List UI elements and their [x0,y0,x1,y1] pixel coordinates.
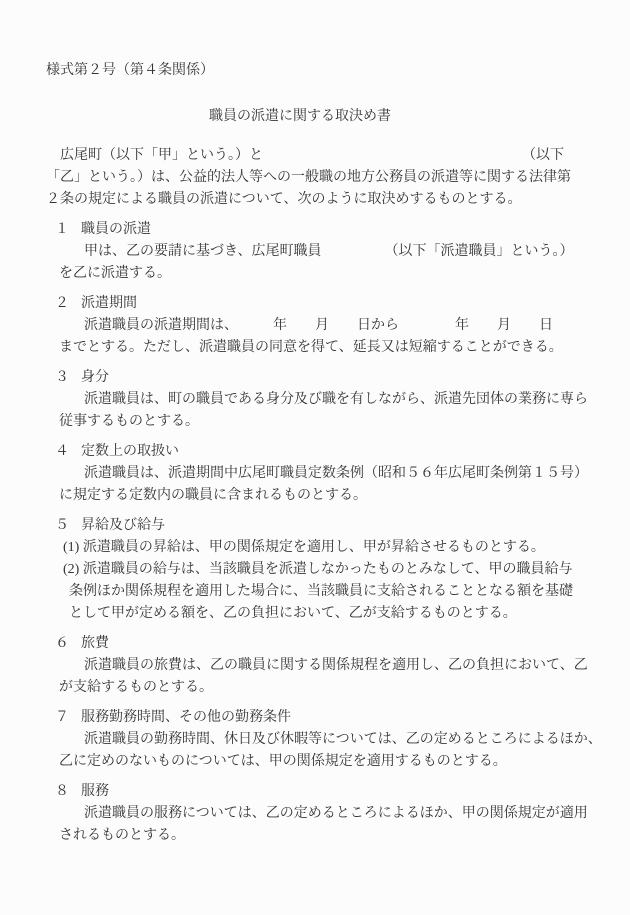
section-number: ３ [55,367,81,389]
section-number: ２ [55,293,81,315]
section-paragraph: 派遣職員の勤務時間、休日及び休暇等については、乙の定めるところによるほか、 乙に… [46,729,590,773]
section-number: ８ [55,781,81,803]
section-heading: ８服務 [46,781,590,803]
section-title: 昇給及び給与 [81,518,165,533]
section-heading: ７服務勤務時間、その他の勤務条件 [46,707,590,729]
intro-paragraph: 広尾町（以下「甲」という。）と （以下 「乙」という。）は、公益的法人等への一般… [46,145,590,211]
sub-item: (2) 派遣職員の給与は、当該職員を派遣しなかったものとみなして、甲の職員給与 … [46,559,590,625]
section-paragraph: 派遣職員は、派遣期間中広尾町職員定数条例（昭和５６年広尾町条例第１５号） に規定… [46,463,590,507]
section-title: 旅費 [81,636,109,651]
section-５: ５昇給及び給与(1) 派遣職員の昇給は、甲の関係規定を適用し、甲が昇給させるもの… [46,515,590,625]
section-number: ５ [55,515,81,537]
document-title: 職員の派遣に関する取決め書 [28,106,572,128]
section-paragraph: 派遣職員の旅費は、乙の職員に関する関係規程を適用し、乙の負担において、乙 が支給… [46,655,590,699]
section-paragraph: 甲は、乙の要請に基づき、広尾町職員 （以下「派遣職員」という。） を乙に派遣する… [46,241,590,285]
section-heading: ３身分 [46,367,590,389]
section-２: ２派遣期間派遣職員の派遣期間は、 年 月 日から 年 月 日 までとする。ただし… [46,293,590,359]
section-title: 身分 [81,370,109,385]
section-title: 定数上の取扱い [81,444,179,459]
section-number: ７ [55,707,81,729]
section-１: １職員の派遣甲は、乙の要請に基づき、広尾町職員 （以下「派遣職員」という。） を… [46,219,590,285]
section-number: ６ [55,633,81,655]
document-page: 様式第２号（第４条関係） 職員の派遣に関する取決め書 広尾町（以下「甲」という。… [0,0,630,915]
section-heading: ４定数上の取扱い [46,441,590,463]
section-６: ６旅費派遣職員の旅費は、乙の職員に関する関係規程を適用し、乙の負担において、乙 … [46,633,590,699]
section-number: ４ [55,441,81,463]
section-heading: １職員の派遣 [46,219,590,241]
form-number-label: 様式第２号（第４条関係） [46,60,590,82]
section-title: 服務勤務時間、その他の勤務条件 [81,710,291,725]
section-paragraph: 派遣職員の服務については、乙の定めるところによるほか、甲の関係規定が適用 される… [46,803,590,847]
sections-container: １職員の派遣甲は、乙の要請に基づき、広尾町職員 （以下「派遣職員」という。） を… [46,219,590,847]
section-８: ８服務派遣職員の服務については、乙の定めるところによるほか、甲の関係規定が適用 … [46,781,590,847]
section-paragraph: 派遣職員の派遣期間は、 年 月 日から 年 月 日 までとする。ただし、派遣職員… [46,315,590,359]
section-title: 派遣期間 [81,296,137,311]
section-heading: ５昇給及び給与 [46,515,590,537]
sub-item: (1) 派遣職員の昇給は、甲の関係規定を適用し、甲が昇給させるものとする。 [46,537,590,559]
section-title: 服務 [81,784,109,799]
section-４: ４定数上の取扱い派遣職員は、派遣期間中広尾町職員定数条例（昭和５６年広尾町条例第… [46,441,590,507]
section-３: ３身分派遣職員は、町の職員である身分及び職を有しながら、派遣先団体の業務に専ら … [46,367,590,433]
section-７: ７服務勤務時間、その他の勤務条件派遣職員の勤務時間、休日及び休暇等については、乙… [46,707,590,773]
section-paragraph: 派遣職員は、町の職員である身分及び職を有しながら、派遣先団体の業務に専ら 従事す… [46,389,590,433]
section-heading: ６旅費 [46,633,590,655]
section-heading: ２派遣期間 [46,293,590,315]
section-title: 職員の派遣 [81,222,151,237]
section-number: １ [55,219,81,241]
